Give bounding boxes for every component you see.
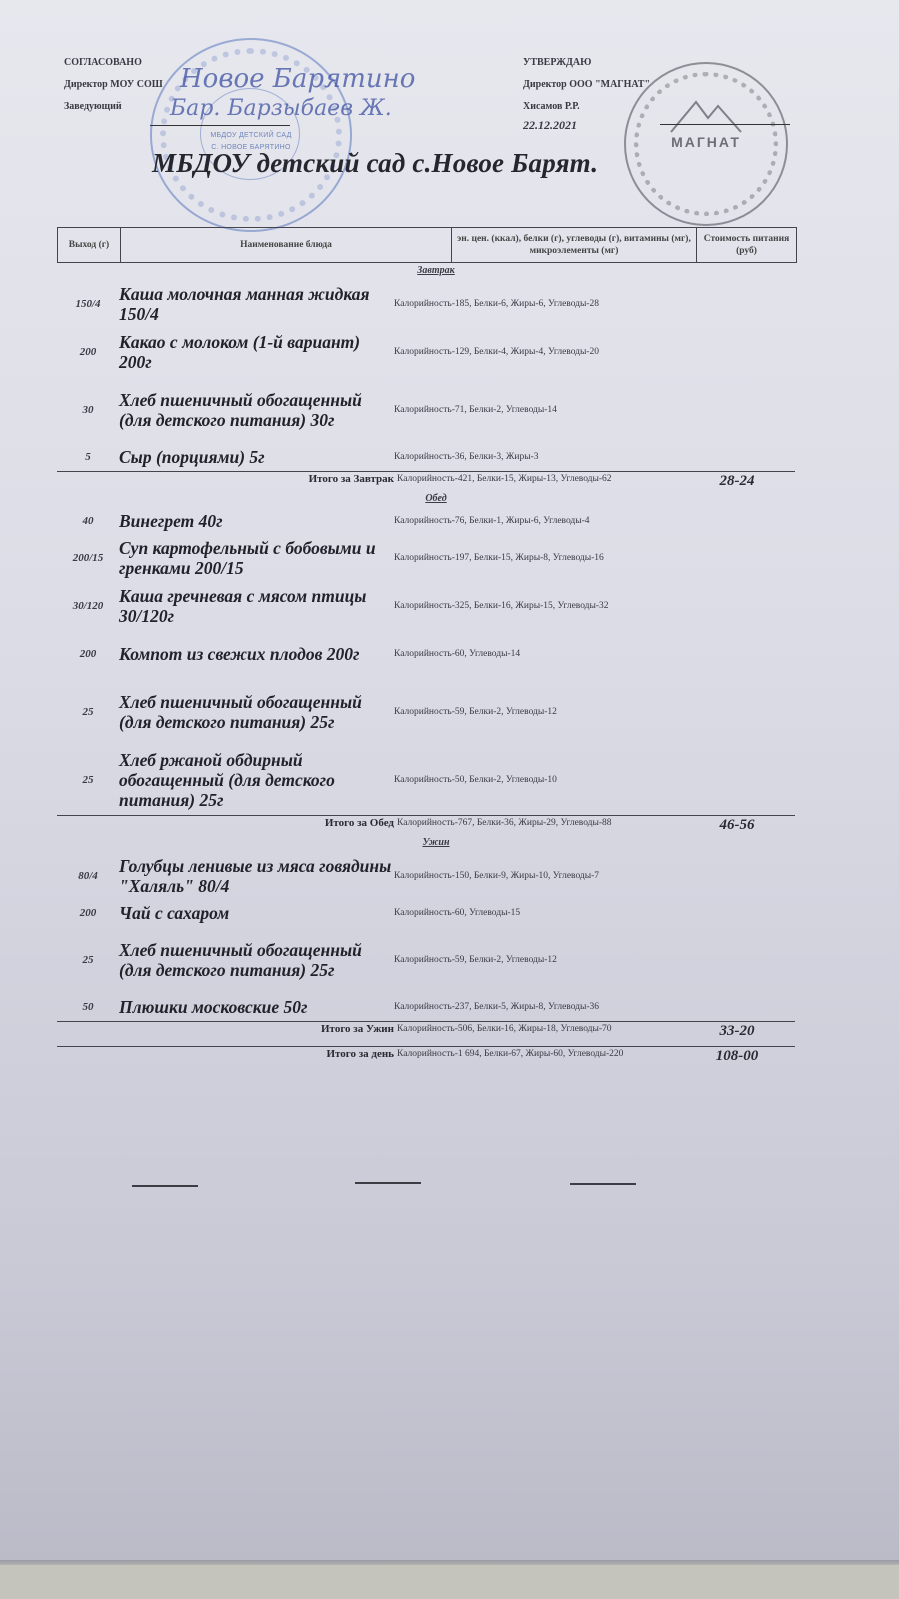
- dish-name: Суп картофельный с бобовыми и гренками 2…: [119, 538, 394, 578]
- dish-name: Винегрет 40г: [119, 511, 394, 531]
- dish-weight: 50: [57, 1001, 119, 1013]
- dish-weight: 25: [57, 706, 119, 718]
- blank-line: [132, 1185, 198, 1187]
- dish-nutrition: Калорийность-60, Углеводы-15: [394, 907, 644, 920]
- mountain-logo-icon: [666, 94, 746, 134]
- approval-right-line2: Хисамов Р.Р.: [523, 96, 650, 118]
- table-row: 200 Какао с молоком (1-й вариант) 200г К…: [57, 328, 795, 376]
- handwritten-signature-top: Новое Барятино: [180, 64, 415, 94]
- header-cost: Стоимость питания (руб): [697, 228, 796, 262]
- total-label: Итого за Обед: [57, 817, 397, 834]
- total-nutrition: Калорийность-767, Белки-36, Жиры-29, Угл…: [397, 817, 647, 834]
- dish-name: Каша молочная манная жидкая 150/4: [119, 284, 394, 324]
- table-row: 25 Хлеб пшеничный обогащенный (для детск…: [57, 926, 795, 994]
- header-weight: Выход (г): [58, 228, 121, 262]
- dish-name: Сыр (порциями) 5г: [119, 447, 394, 467]
- dish-nutrition: Калорийность-150, Белки-9, Жиры-10, Угле…: [394, 870, 644, 883]
- signature-line: [150, 125, 290, 126]
- dish-weight: 200/15: [57, 552, 119, 564]
- approval-right-block: УТВЕРЖДАЮ Директор ООО "МАГНАТ" Хисамов …: [523, 52, 650, 132]
- dish-name: Чай с сахаром: [119, 903, 394, 923]
- total-cost: 28-24: [647, 473, 787, 490]
- table-row: 40 Винегрет 40г Калорийность-76, Белки-1…: [57, 508, 795, 534]
- table-row: 200 Компот из свежих плодов 200г Калорий…: [57, 630, 795, 678]
- dish-name: Компот из свежих плодов 200г: [119, 644, 394, 664]
- dish-nutrition: Калорийность-60, Углеводы-14: [394, 648, 644, 661]
- day-total-row: Итого за день Калорийность-1 694, Белки-…: [57, 1046, 795, 1065]
- page-title: МБДОУ детский сад с.Новое Барят.: [152, 148, 598, 179]
- table-row: 200 Чай с сахаром Калорийность-60, Углев…: [57, 900, 795, 926]
- dish-weight: 5: [57, 451, 119, 463]
- approval-left-block: СОГЛАСОВАНО Директор МОУ СОШ Заведующий: [64, 52, 163, 118]
- dish-weight: 200: [57, 346, 119, 358]
- dish-name: Хлеб пшеничный обогащенный (для детского…: [119, 390, 394, 430]
- dish-nutrition: Калорийность-197, Белки-15, Жиры-8, Угле…: [394, 552, 644, 565]
- dish-weight: 25: [57, 954, 119, 966]
- dish-weight: 200: [57, 648, 119, 660]
- approval-left-line2: Заведующий: [64, 96, 163, 118]
- day-total-cost: 108-00: [647, 1048, 787, 1065]
- dish-name: Хлеб ржаной обдирный обогащенный (для де…: [119, 750, 394, 810]
- dish-weight: 25: [57, 774, 119, 786]
- stamp-text-line1: МБДОУ ДЕТСКИЙ САД: [152, 132, 350, 139]
- dish-nutrition: Калорийность-59, Белки-2, Углеводы-12: [394, 706, 644, 719]
- dish-nutrition: Калорийность-76, Белки-1, Жиры-6, Углево…: [394, 515, 644, 528]
- handwritten-signature-bottom: Бар. Барзыбаев Ж.: [170, 96, 392, 121]
- table-row: 200/15 Суп картофельный с бобовыми и гре…: [57, 534, 795, 582]
- dish-weight: 150/4: [57, 298, 119, 310]
- approval-date: 22.12.2021: [523, 118, 650, 132]
- stamp-logo-text: МАГНАТ: [626, 134, 786, 150]
- table-row: 150/4 Каша молочная манная жидкая 150/4 …: [57, 280, 795, 328]
- dish-nutrition: Калорийность-185, Белки-6, Жиры-6, Углев…: [394, 298, 644, 311]
- dish-weight: 80/4: [57, 870, 119, 882]
- total-nutrition: Калорийность-421, Белки-15, Жиры-13, Угл…: [397, 473, 647, 490]
- dish-name: Хлеб пшеничный обогащенный (для детского…: [119, 692, 394, 732]
- approval-right-heading: УТВЕРЖДАЮ: [523, 52, 650, 74]
- dish-nutrition: Калорийность-36, Белки-3, Жиры-3: [394, 451, 644, 464]
- table-row: 25 Хлеб пшеничный обогащенный (для детск…: [57, 678, 795, 746]
- dish-name: Голубцы ленивые из мяса говядины "Халяль…: [119, 856, 394, 896]
- dish-name: Хлеб пшеничный обогащенный (для детского…: [119, 940, 394, 980]
- table-row: 50 Плюшки московские 50г Калорийность-23…: [57, 994, 795, 1020]
- dish-weight: 30: [57, 404, 119, 416]
- dish-weight: 30/120: [57, 600, 119, 612]
- dish-name: Плюшки московские 50г: [119, 997, 394, 1017]
- table-row: 30 Хлеб пшеничный обогащенный (для детск…: [57, 376, 795, 444]
- table-row: 5 Сыр (порциями) 5г Калорийность-36, Бел…: [57, 444, 795, 470]
- section-total-row: Итого за Завтрак Калорийность-421, Белки…: [57, 471, 795, 490]
- section-title-1: Обед: [57, 490, 795, 508]
- dish-weight: 200: [57, 907, 119, 919]
- day-total-nutrition: Калорийность-1 694, Белки-67, Жиры-60, У…: [397, 1048, 647, 1065]
- dish-nutrition: Калорийность-50, Белки-2, Углеводы-10: [394, 774, 644, 787]
- dish-nutrition: Калорийность-71, Белки-2, Углеводы-14: [394, 404, 644, 417]
- dish-nutrition: Калорийность-325, Белки-16, Жиры-15, Угл…: [394, 600, 644, 613]
- blank-line: [570, 1183, 636, 1185]
- total-cost: 46-56: [647, 817, 787, 834]
- dish-name: Какао с молоком (1-й вариант) 200г: [119, 332, 394, 372]
- table-row: 25 Хлеб ржаной обдирный обогащенный (для…: [57, 746, 795, 814]
- dish-name: Каша гречневая с мясом птицы 30/120г: [119, 586, 394, 626]
- approval-right-line1: Директор ООО "МАГНАТ": [523, 74, 650, 96]
- approval-left-line1: Директор МОУ СОШ: [64, 74, 163, 96]
- dish-nutrition: Калорийность-129, Белки-4, Жиры-4, Углев…: [394, 346, 644, 359]
- day-total-label: Итого за день: [57, 1048, 397, 1065]
- section-title-2: Ужин: [57, 834, 795, 852]
- table-header: Выход (г) Наименование блюда эн. цен. (к…: [57, 227, 797, 263]
- total-cost: 33-20: [647, 1023, 787, 1040]
- header-dish-name: Наименование блюда: [121, 228, 452, 262]
- total-nutrition: Калорийность-506, Белки-16, Жиры-18, Угл…: [397, 1023, 647, 1040]
- dish-nutrition: Калорийность-237, Белки-5, Жиры-8, Углев…: [394, 1001, 644, 1014]
- menu-table-body: Завтрак 150/4 Каша молочная манная жидка…: [57, 262, 795, 1065]
- table-row: 30/120 Каша гречневая с мясом птицы 30/1…: [57, 582, 795, 630]
- total-label: Итого за Завтрак: [57, 473, 397, 490]
- signature-line: [660, 124, 790, 125]
- approval-left-heading: СОГЛАСОВАНО: [64, 52, 163, 74]
- table-row: 80/4 Голубцы ленивые из мяса говядины "Х…: [57, 852, 795, 900]
- section-total-row: Итого за Обед Калорийность-767, Белки-36…: [57, 815, 795, 834]
- background-surface: [0, 1565, 899, 1599]
- total-label: Итого за Ужин: [57, 1023, 397, 1040]
- blank-line: [355, 1182, 421, 1184]
- dish-weight: 40: [57, 515, 119, 527]
- dish-nutrition: Калорийность-59, Белки-2, Углеводы-12: [394, 954, 644, 967]
- header-nutrition: эн. цен. (ккал), белки (г), углеводы (г)…: [452, 228, 697, 262]
- section-total-row: Итого за Ужин Калорийность-506, Белки-16…: [57, 1021, 795, 1040]
- section-title-0: Завтрак: [57, 262, 795, 280]
